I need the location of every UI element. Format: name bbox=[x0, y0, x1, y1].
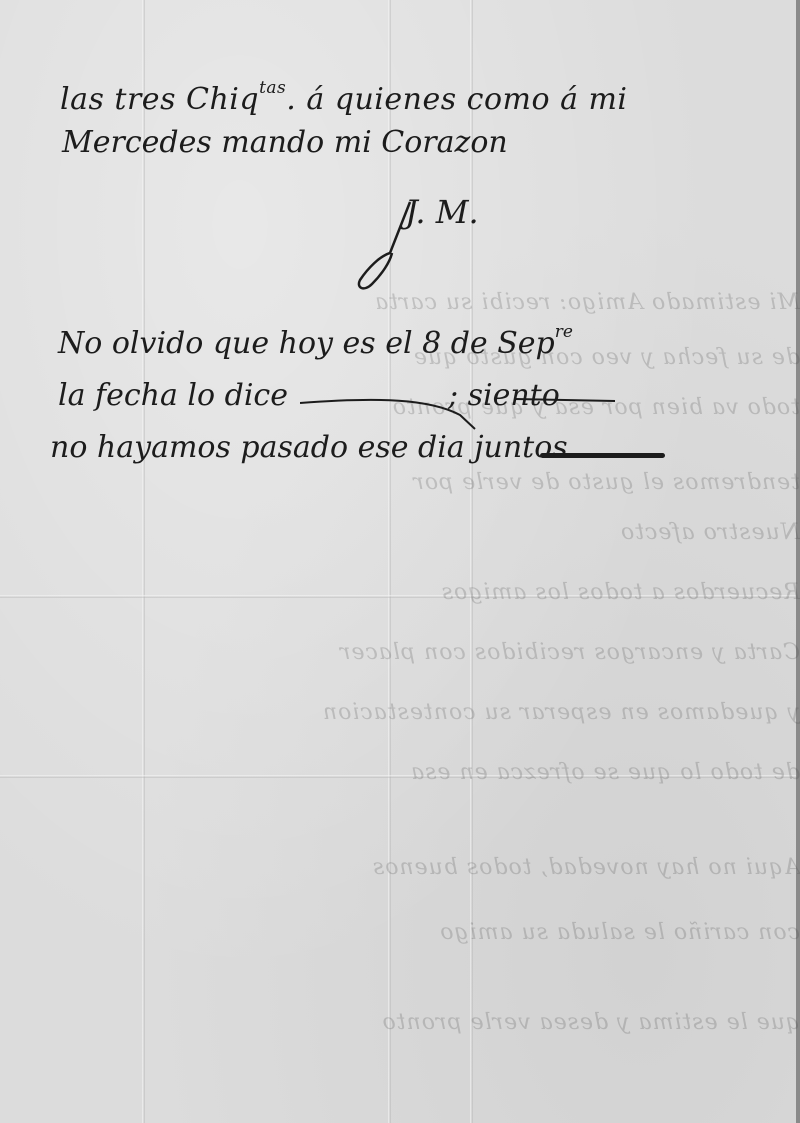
bleed-through-line: que le estima y desea verle pronto bbox=[0, 1010, 800, 1035]
bleed-through-line: Mi estimado Amigo: recibi su carta bbox=[0, 290, 800, 315]
postscript-line-3: no hayamos pasado ese dia juntos. bbox=[50, 430, 577, 465]
signature: J. M. bbox=[405, 193, 479, 231]
page-edge bbox=[796, 0, 800, 1123]
bleed-through-line: y quedamos en esperar su contestacion bbox=[0, 700, 800, 725]
closing-line-1-text-b: . á quienes como á mi bbox=[286, 82, 627, 117]
postscript-line-1: No olvido que hoy es el 8 de Sepre bbox=[58, 322, 573, 361]
fold-crease bbox=[388, 0, 391, 1123]
bleed-through-line: con cariño le saluda su amigo bbox=[0, 920, 800, 945]
closing-line-1: las tres Chiqtas. á quienes como á mi bbox=[60, 78, 628, 117]
ink-dash bbox=[540, 453, 665, 458]
superscript: re bbox=[555, 322, 573, 342]
bleed-through-line: Aqui no hay novedad, todos buenos bbox=[0, 855, 800, 880]
postscript-line-1-text: No olvido que hoy es el 8 de Sep bbox=[58, 326, 555, 361]
closing-line-1-text-a: las tres Chiq bbox=[60, 82, 259, 117]
bleed-through-line: Carta y encargos recibidos con placer bbox=[0, 640, 800, 665]
bleed-through-line: tendremos el gusto de verle por bbox=[0, 470, 800, 495]
fold-crease bbox=[470, 0, 473, 1123]
underline-swash-icon bbox=[300, 395, 620, 435]
closing-line-2: Mercedes mando mi Corazon bbox=[62, 125, 508, 160]
bleed-through-line: Nuestro afecto bbox=[0, 520, 800, 545]
bleed-through-line: de todo lo que se ofrezca en esa bbox=[0, 760, 800, 785]
fold-crease bbox=[142, 0, 145, 1123]
postscript-line-2-text-a: la fecha lo dice bbox=[58, 378, 288, 413]
bleed-through-line: Recuerdos a todos los amigos bbox=[0, 580, 800, 605]
letter-page: Mi estimado Amigo: recibi su carta de su… bbox=[0, 0, 800, 1123]
superscript: tas bbox=[259, 78, 286, 98]
